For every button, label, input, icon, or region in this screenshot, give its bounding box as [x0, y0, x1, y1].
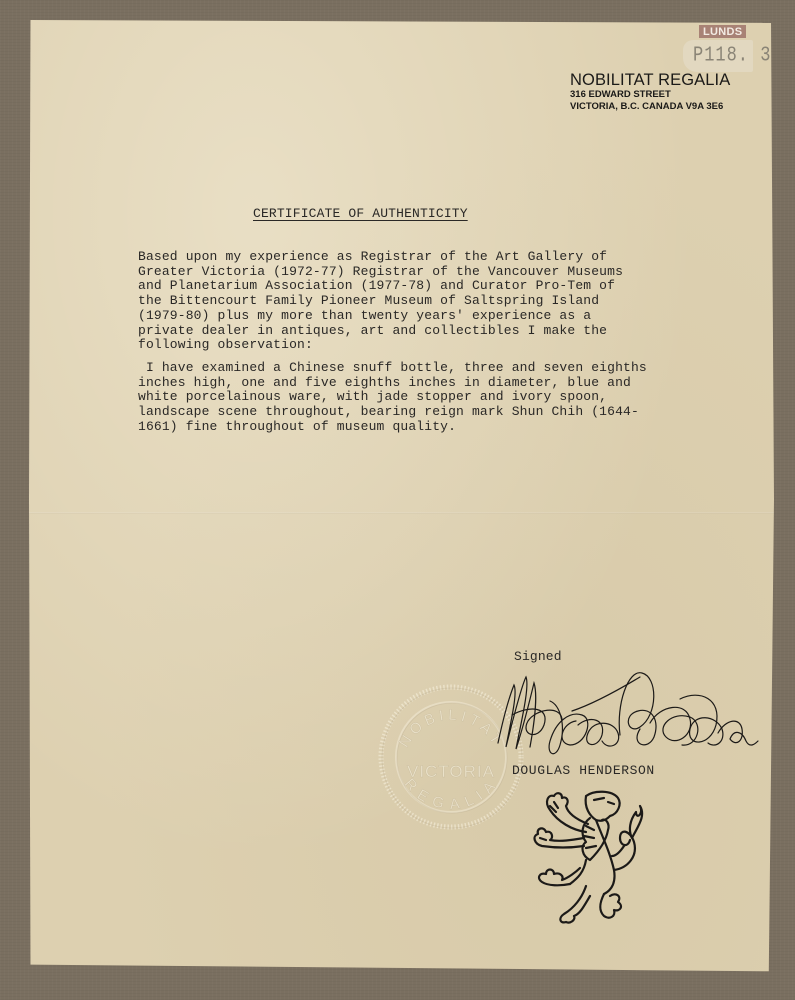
paper-fold-line: [29, 512, 774, 514]
seal-bottom-text: REGALIA: [401, 775, 502, 813]
signature-icon: [490, 655, 760, 765]
seal-center-text: VICTORIA: [407, 762, 495, 781]
certificate-paper: [29, 20, 774, 978]
rampant-lion-emblem-icon: [524, 786, 649, 926]
credentials-paragraph: Based upon my experience as Registrar of…: [138, 250, 623, 353]
svg-text:REGALIA: REGALIA: [401, 775, 502, 813]
lot-number: P118. 3: [693, 44, 771, 68]
observation-paragraph: I have examined a Chinese snuff bottle, …: [138, 361, 647, 435]
letterhead: NOBILITAT REGALIA 316 EDWARD STREET VICT…: [570, 71, 730, 113]
address-line-1: 316 EDWARD STREET: [570, 89, 730, 101]
signer-name: DOUGLAS HENDERSON: [512, 763, 655, 778]
auction-house-tag: LUNDS: [699, 25, 746, 38]
address-line-2: VICTORIA, B.C. CANADA V9A 3E6: [570, 101, 730, 113]
company-name: NOBILITAT REGALIA: [570, 71, 730, 89]
document-title: CERTIFICATE OF AUTHENTICITY: [253, 206, 468, 221]
